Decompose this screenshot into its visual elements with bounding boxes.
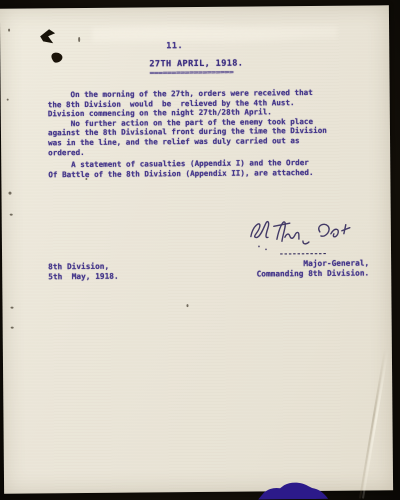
body-paragraphs-1: On the morning of the 27th, orders were … [48,88,327,158]
body-paragraph-2: A statement of casualties (Appendix I) a… [48,158,313,180]
date-heading: 27TH APRIL, 1918. [149,59,243,70]
dateline-date: 5th May, 1918. [48,271,119,281]
paper-speck [10,307,13,309]
scanned-document: 11. 27TH APRIL, 1918. ==================… [0,0,400,500]
paper-speck [8,192,11,195]
date-heading-underline: =================== [149,69,233,76]
paper-speck [10,214,13,216]
dateline-unit: 8th Division, [48,262,119,272]
ink-blot [258,479,328,500]
dateline-block: 8th Division, 5th May, 1918. [48,262,119,282]
body-line: Of Battle of the 8th Division (Appendix … [48,168,313,180]
paper-speck [7,99,9,101]
paper-speck [186,304,188,307]
paper-speck [8,29,10,32]
document-page: 11. 27TH APRIL, 1918. ==================… [0,5,393,493]
paper-tear-marks [36,26,68,72]
paper-speck [78,37,80,42]
page-number: 11. [166,41,183,51]
paper-watermark [92,17,337,51]
signature-underline: ----------- [279,249,327,258]
paper-crease [359,348,386,498]
signatory-command: Commanding 8th Division. [182,268,369,279]
paper-crease-highlight [362,348,389,498]
signature-block: Major-General, Commanding 8th Division. [182,258,369,279]
paper-speck [11,327,14,329]
